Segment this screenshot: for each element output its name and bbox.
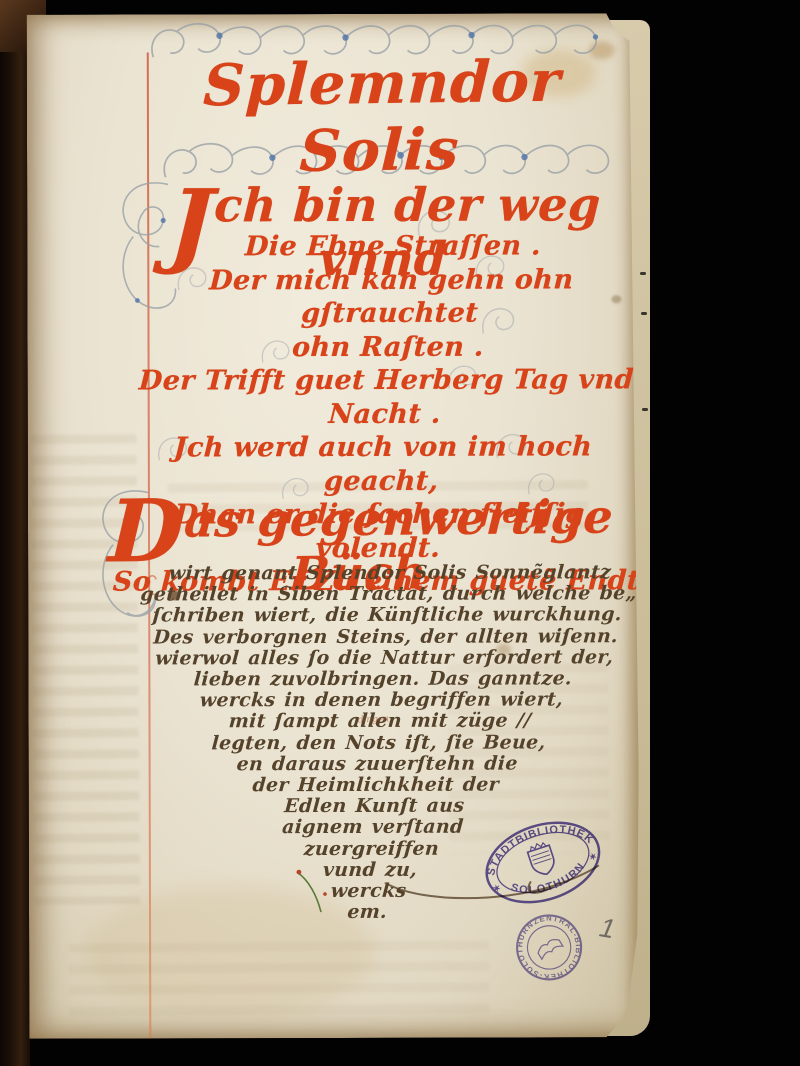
body-line: en daraus zuuerſtehn die bbox=[106, 753, 647, 776]
title-calligraphy: Splemndor Solis bbox=[128, 47, 633, 188]
manuscript-photo: Splemndor Solis Jch bin der weg vnnd Die… bbox=[0, 0, 800, 1066]
body-line: wercks in denen begriffen wiert, bbox=[111, 689, 652, 712]
poem-line: Der Trifft guet Herberg Tag vnd bbox=[121, 363, 653, 398]
body-line: lieben zuvolbringen. Das ganntze. bbox=[112, 668, 653, 691]
body-line: wirt genant Splendor Solis Sonnẽglantz bbox=[119, 562, 660, 585]
poem-line: Der mich kan gehn ohn gſtrauchtet bbox=[124, 263, 657, 331]
poem-line: Jch werd auch von im hoch geacht, bbox=[116, 430, 649, 498]
book-icon bbox=[536, 936, 563, 959]
floral-sprig bbox=[287, 866, 337, 918]
star-icon: ✶ bbox=[492, 883, 503, 895]
poem-line: ohn Raſten . bbox=[122, 330, 654, 365]
body-line: legten, den Nots iſt, ſie Beue, bbox=[108, 732, 649, 755]
body-line: ſchriben wiert, die Künſtliche wurckhung… bbox=[116, 605, 657, 628]
shield-icon bbox=[526, 840, 558, 878]
body-line: wierwol alles ſo die Nattur erfordert de… bbox=[114, 647, 655, 670]
book-spine bbox=[0, 0, 30, 1066]
body-line: Des verborgnen Steins, der allten wiſenn… bbox=[115, 626, 656, 649]
body-line: getheilet in Siben Tractat, durch welche… bbox=[118, 583, 659, 606]
binding-stitch bbox=[640, 272, 646, 275]
body-line: der Heimlichkheit der bbox=[105, 774, 646, 797]
binding-stitch bbox=[642, 408, 648, 411]
poem-line: Nacht . bbox=[119, 397, 651, 432]
manuscript-page: Splemndor Solis Jch bin der weg vnnd Die… bbox=[27, 13, 640, 1039]
binding-stitch bbox=[641, 312, 647, 315]
ink-bleedthrough bbox=[69, 940, 490, 1023]
poem-line: Die Ebne Straſſen . bbox=[127, 229, 659, 264]
